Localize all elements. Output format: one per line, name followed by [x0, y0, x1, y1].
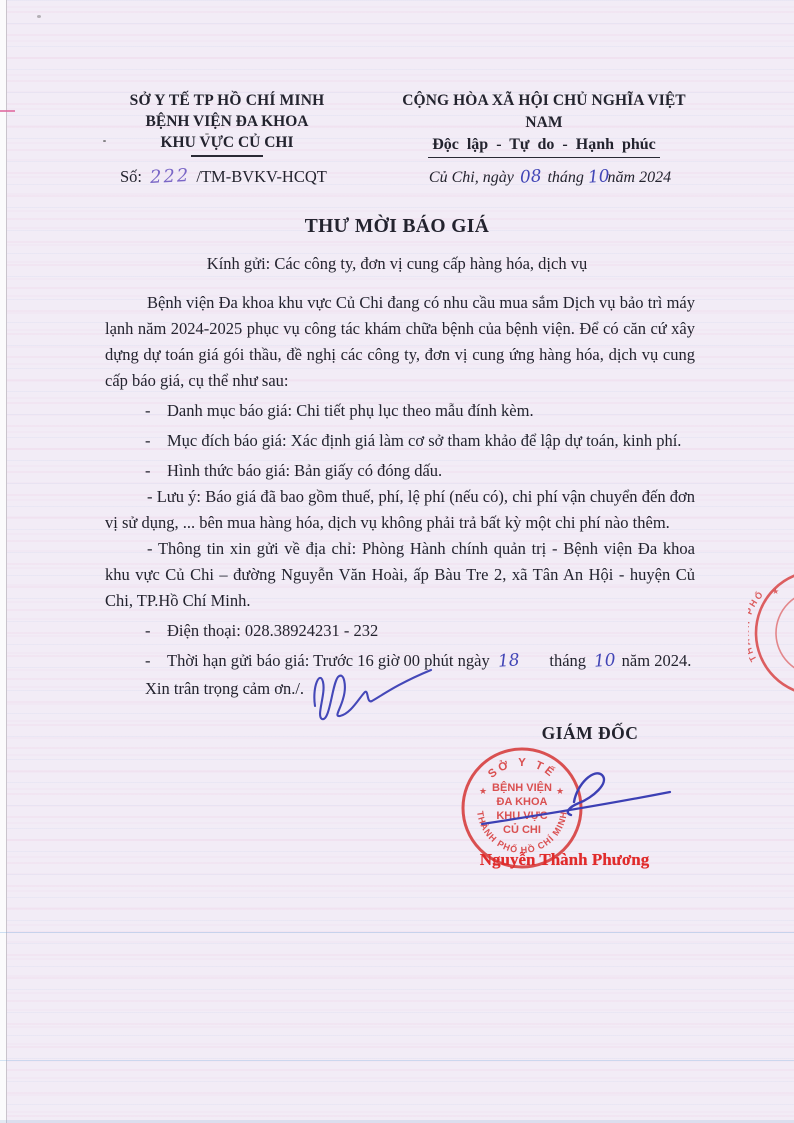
scan-artifact-pink-line	[0, 110, 15, 112]
handwritten-doc-number: 222	[149, 165, 190, 188]
bullet-text: Mục đích báo giá: Xác định giá làm cơ sở…	[167, 428, 681, 454]
scanned-document-page: SỞ Y TẾ TP HỒ CHÍ MINH BỆNH VIỆN ĐA KHOA…	[0, 0, 794, 1123]
issuer-underline	[191, 155, 263, 157]
motto: Độc lập - Tự do - Hạnh phúc	[428, 134, 660, 158]
bullet-text: Hình thức báo giá: Bản giấy có đóng dấu.	[167, 458, 442, 484]
doc-number-suffix: /TM-BVKV-HCQT	[196, 167, 326, 186]
signer-title: GIÁM ĐỐC	[497, 723, 683, 744]
salutation: Kính gửi: Các công ty, đơn vị cung cấp h…	[100, 254, 694, 274]
issuer-block: SỞ Y TẾ TP HỒ CHÍ MINH BỆNH VIỆN ĐA KHOA…	[118, 90, 336, 157]
handwritten-deadline-day: 18	[497, 647, 520, 674]
issuer-org-line2: KHU VỰC CỦ CHI	[118, 132, 336, 153]
deadline-thang: tháng	[549, 651, 586, 670]
scan-edge	[0, 0, 7, 1123]
issuer-parent-org: SỞ Y TẾ TP HỒ CHÍ MINH	[118, 90, 336, 111]
national-motto-block: CỘNG HÒA XÃ HỘI CHỦ NGHĨA VIỆT NAM Độc l…	[390, 90, 698, 158]
address-paragraph: - Thông tin xin gửi về địa chỉ: Phòng Hà…	[105, 536, 695, 614]
list-item: - Danh mục báo giá: Chi tiết phụ lục the…	[105, 398, 695, 424]
document-title: THƯ MỜI BÁO GIÁ	[100, 216, 694, 238]
closing-line: Xin trân trọng cảm ơn./.	[105, 676, 695, 702]
director-signature	[478, 760, 674, 834]
list-item: - Hình thức báo giá: Bản giấy có đóng dấ…	[105, 458, 695, 484]
bullet-dash: -	[145, 458, 167, 484]
phone-text: Điện thoại: 028.38924231 - 232	[167, 618, 378, 644]
list-item: - Mục đích báo giá: Xác định giá làm cơ …	[105, 428, 695, 454]
date-prefix: Củ Chi, ngày	[429, 169, 514, 186]
signer-name: Nguyễn Thành Phương	[462, 850, 667, 870]
bullet-dash: -	[145, 428, 167, 454]
handwritten-initials	[305, 664, 435, 722]
partial-stamp-star: ★	[772, 587, 779, 596]
bullet-dash: -	[145, 618, 167, 644]
closing-text: Xin trân trọng cảm ơn./.	[145, 679, 304, 698]
date-thang: tháng	[547, 169, 583, 186]
bullet-dash: -	[145, 398, 167, 424]
date-line: Củ Chi, ngày08 tháng10năm 2024	[405, 167, 695, 187]
bullet-dash: -	[145, 648, 167, 674]
document-number-line: Số:222/TM-BVKV-HCQT	[120, 166, 327, 187]
scan-speck	[103, 140, 106, 142]
note-paragraph: - Lưu ý: Báo giá đã bao gồm thuế, phí, l…	[105, 484, 695, 536]
bullet-text: Danh mục báo giá: Chi tiết phụ lục theo …	[167, 398, 534, 424]
doc-number-label: Số:	[120, 167, 142, 186]
handwritten-month: 10	[587, 166, 610, 187]
issuer-org-line1: BỆNH VIỆN ĐA KHOA	[118, 111, 336, 132]
handwritten-day: 08	[519, 166, 542, 187]
deadline-suffix: năm 2024.	[622, 651, 692, 670]
partial-stamp-right-edge: THÀNH PHỐ ★	[748, 558, 794, 708]
date-suffix: năm 2024	[608, 169, 672, 186]
country-title: CỘNG HÒA XÃ HỘI CHỦ NGHĨA VIỆT NAM	[390, 90, 698, 134]
handwritten-deadline-month: 10	[593, 647, 616, 674]
intro-paragraph: Bệnh viện Đa khoa khu vực Củ Chi đang có…	[105, 290, 695, 394]
scan-speck	[37, 15, 41, 18]
scan-artifact-line	[0, 932, 794, 933]
scan-artifact-line	[0, 1060, 794, 1061]
document-body: Bệnh viện Đa khoa khu vực Củ Chi đang có…	[105, 290, 695, 702]
phone-line: - Điện thoại: 028.38924231 - 232	[105, 618, 695, 644]
bullet-list: - Danh mục báo giá: Chi tiết phụ lục the…	[105, 398, 695, 484]
